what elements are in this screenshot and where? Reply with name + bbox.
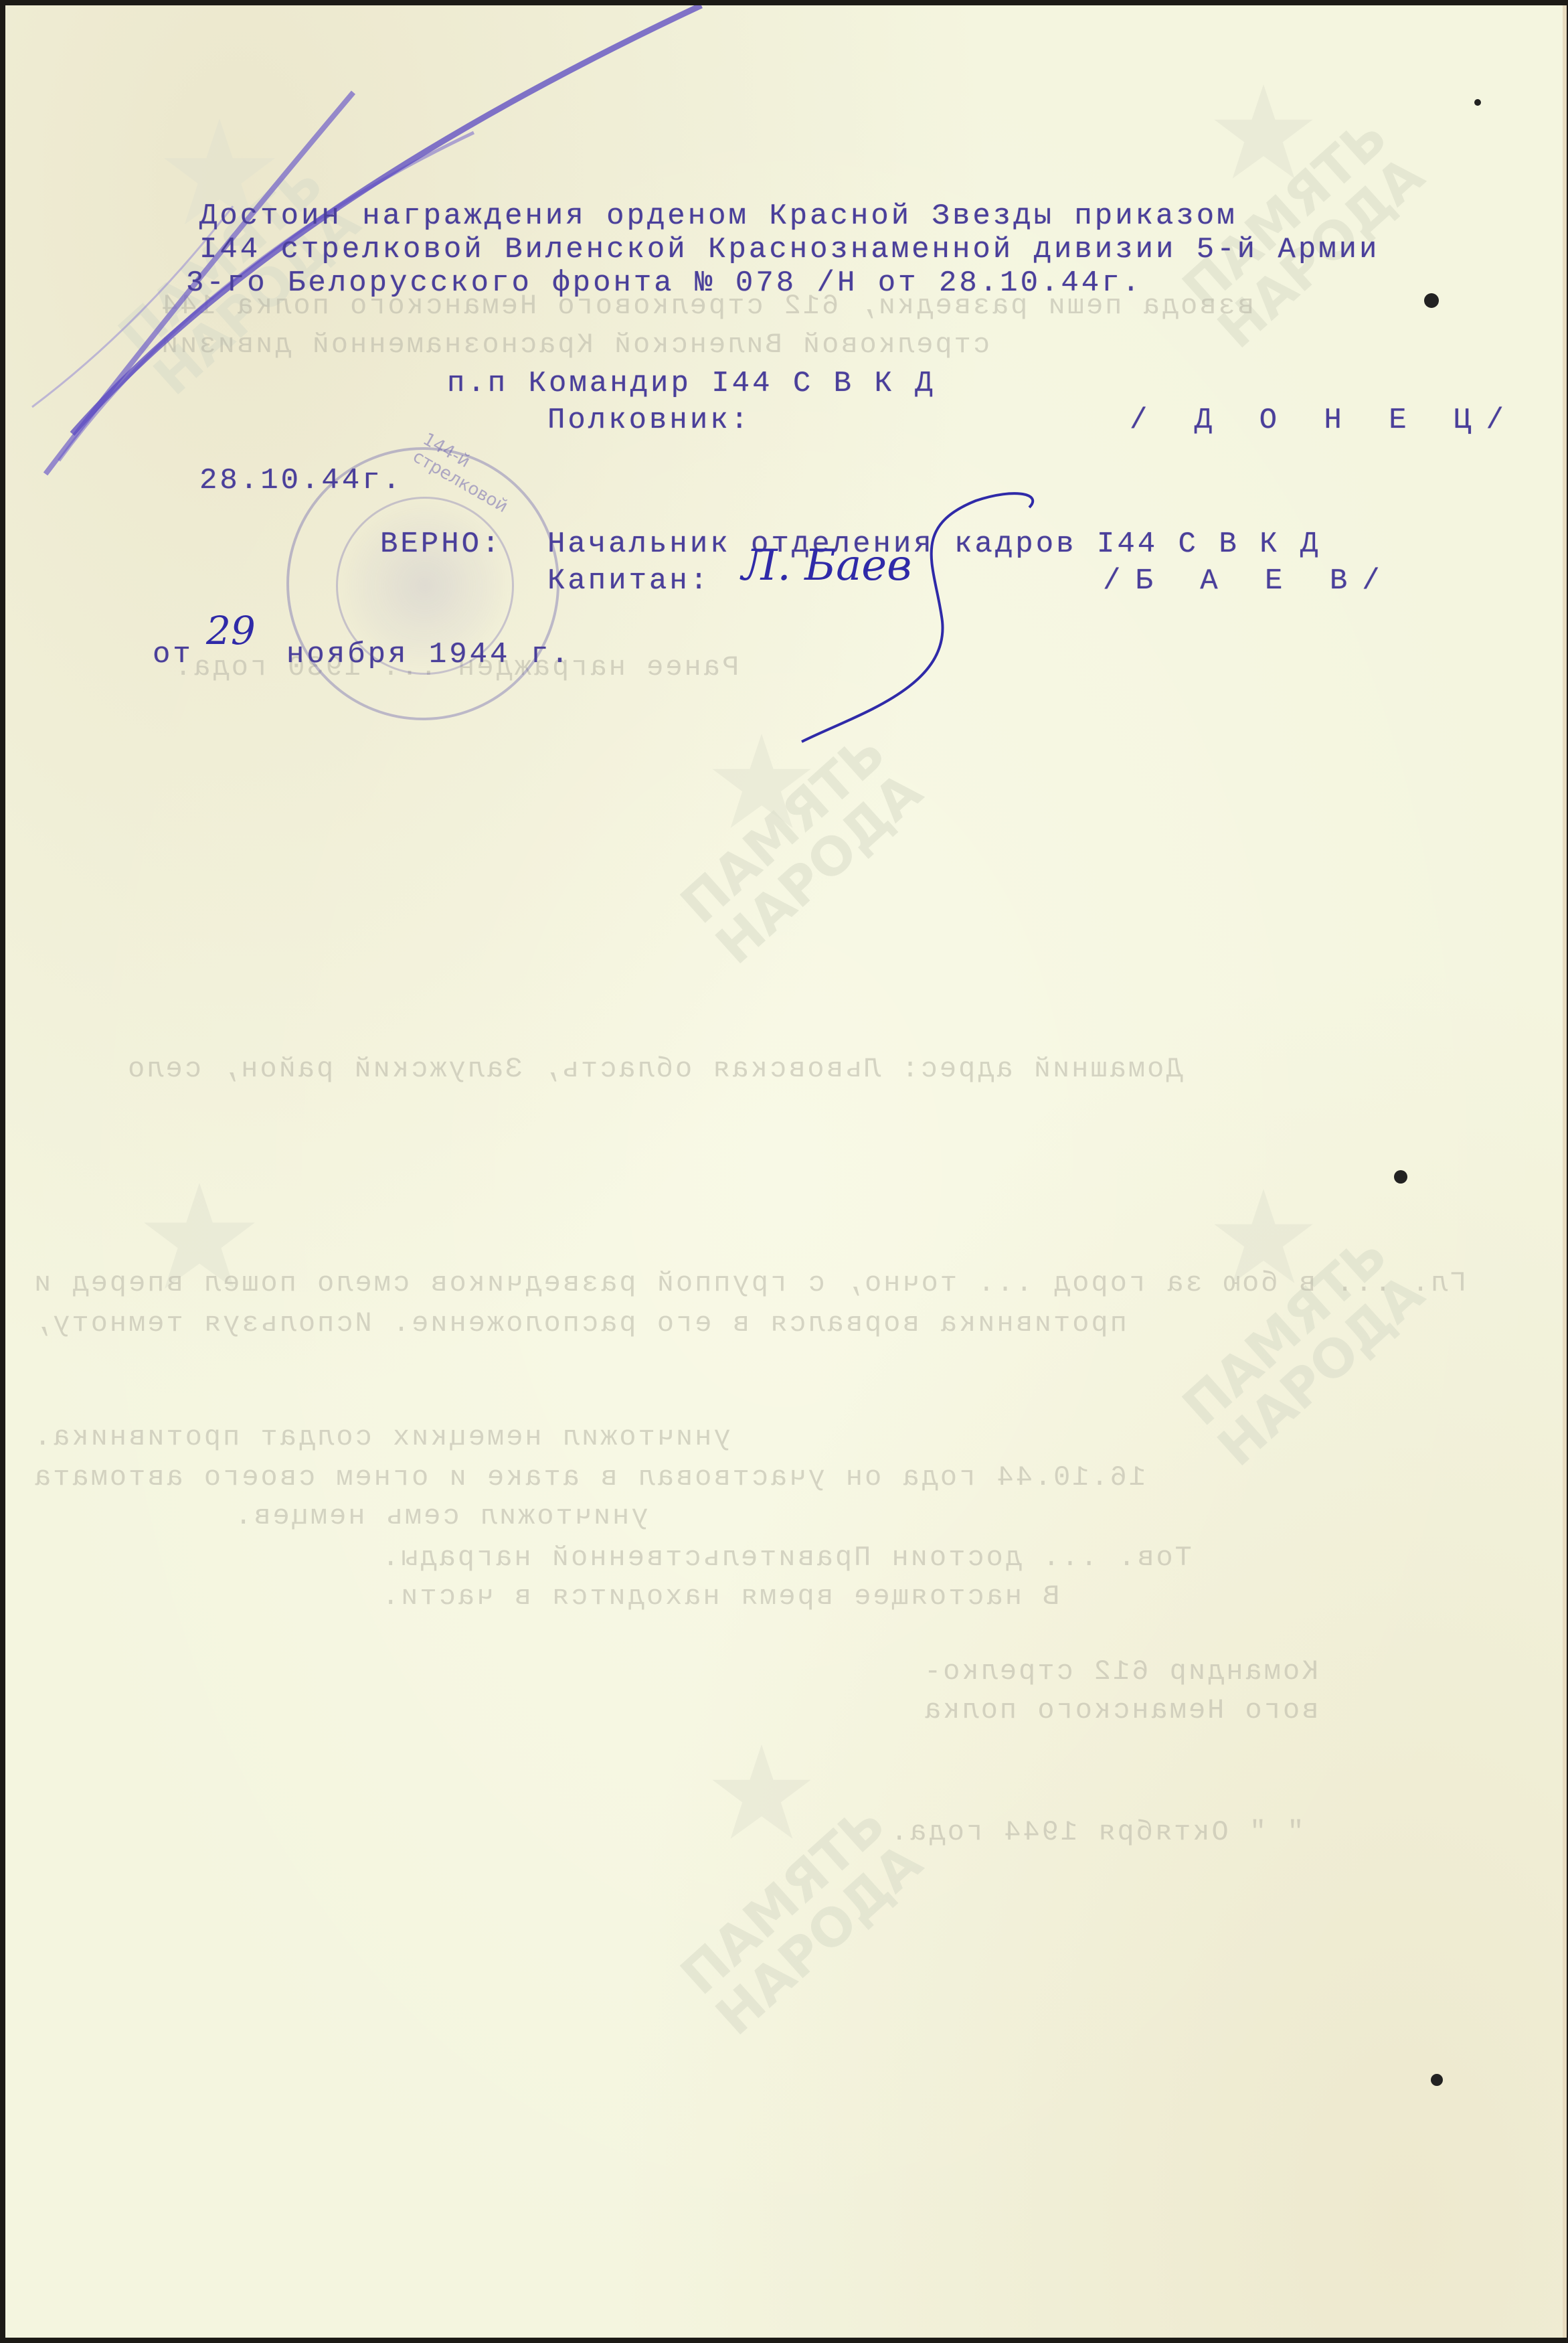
commander-name: / Д О Н Е Ц/ [1130,404,1518,437]
verification-rank: Капитан: [547,564,710,598]
reverse-text: уничтожил немецких солдат противника. [32,1418,731,1457]
commander-line: п.п Командир I44 С В К Д [447,367,936,400]
commander-rank: Полковник: [547,404,751,437]
date-prefix: от [153,638,193,671]
document-page: ПАМЯТЬ НАРОДА ПАМЯТЬ НАРОДА ПАМЯТЬ НАРОД… [5,5,1567,2338]
reverse-text: Тов. ... достоин Правительственной награ… [380,1538,1192,1577]
paper-speck [1394,1170,1407,1184]
reverse-text: " " Октября 1944 года. [889,1813,1304,1852]
reverse-text: Гл. ... в бою за город ... точно, с груп… [32,1264,1467,1303]
signature-stroke [775,487,1177,755]
date-day-handwritten: 29 [206,608,256,653]
paper-speck [1431,2074,1443,2086]
watermark-star-icon [1210,79,1317,186]
watermark-star-icon [708,1739,815,1846]
verification-label: ВЕРНО: [380,528,502,561]
reverse-text: вого Неманского полка [922,1691,1318,1730]
reverse-text: Домашний адрес: Львовская область, Залуж… [126,1050,1183,1088]
order-date: 28.10.44г. [199,464,403,497]
reverse-text: 16.10.44 года он участвовал в атаке и ог… [32,1458,1146,1497]
paper-speck [1424,293,1439,308]
reverse-text: Командир 612 стрелко- [922,1652,1318,1691]
award-header-line: 3-го Белорусского фронта № 078 /Н от 28.… [186,266,1142,300]
paper-speck [1474,99,1481,106]
reverse-text: уничтожил семь немцев. [233,1497,648,1536]
award-header-line: Достоин награждения орденом Красной Звез… [199,199,1237,233]
reverse-text: В настоящее время находится в части. [380,1577,1059,1616]
reverse-text: противника ворвался в его расположение. … [32,1304,1127,1343]
date-rest: ноября 1944 г. [286,638,572,671]
award-header-line: I44 стрелковой Виленской Краснознаменной… [199,233,1379,266]
